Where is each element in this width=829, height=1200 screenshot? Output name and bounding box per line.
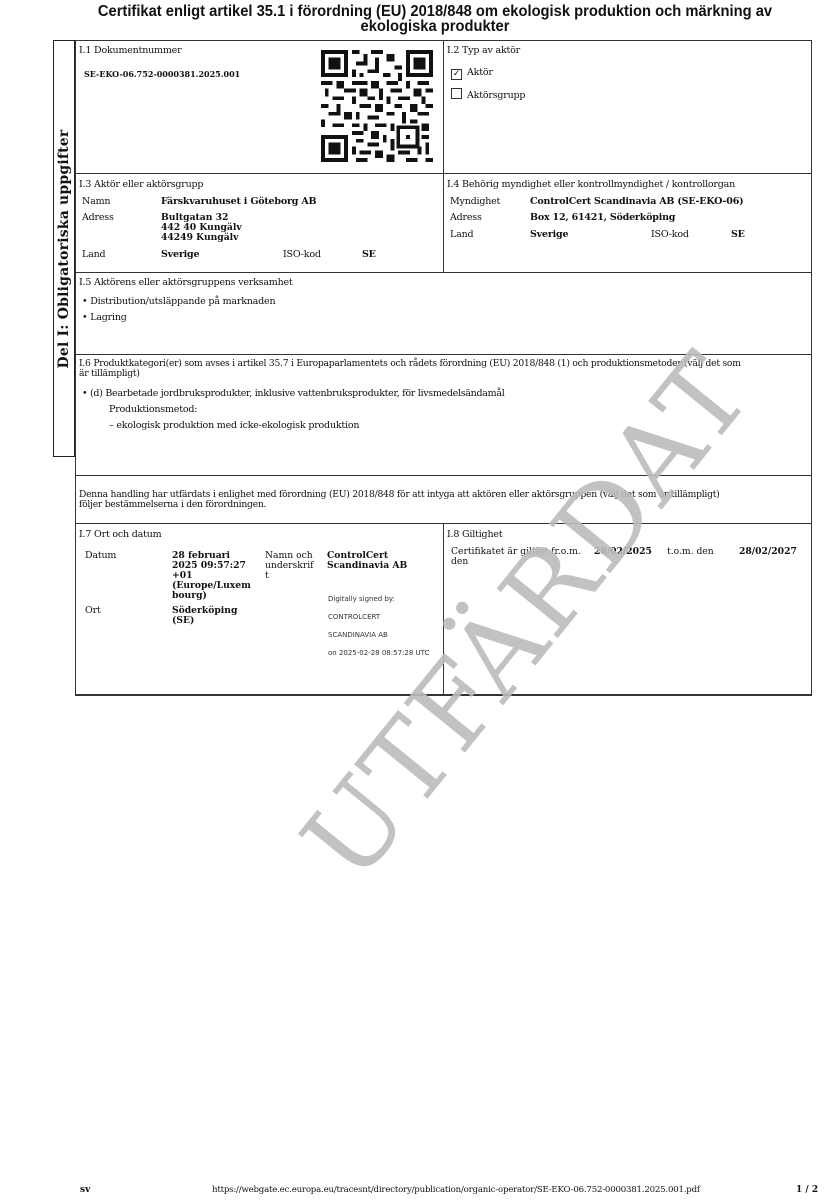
address-label: Adress — [82, 212, 114, 223]
authority-iso-label: ISO-kod — [651, 229, 689, 240]
authority-iso: SE — [731, 229, 745, 240]
product-category: • (d) Bearbetade jordbruksprodukter, ink… — [82, 388, 504, 399]
i3-label: I.3 Aktör eller aktörsgrupp — [79, 179, 203, 190]
place-line: (SE) — [172, 616, 237, 626]
authority-country-label: Land — [450, 229, 473, 240]
authority-address-label: Adress — [450, 212, 482, 223]
i5-label: I.5 Aktörens eller aktörsgruppens verksa… — [79, 277, 293, 288]
signer-label-line: underskrif — [265, 561, 314, 571]
valid-to-label: t.o.m. den — [667, 547, 714, 557]
signer-label: Namn och underskrif t — [265, 551, 314, 581]
date-line: bourg) — [172, 591, 251, 601]
authority-country: Sverige — [530, 229, 568, 240]
divider — [75, 272, 812, 273]
side-label-text: Del I: Obligatoriska uppgifter — [56, 129, 72, 368]
footer-language: sv — [80, 1185, 90, 1195]
operator-name: Färskvaruhuset i Göteborg AB — [161, 196, 316, 207]
authority-address: Box 12, 61421, Söderköping — [530, 212, 675, 223]
activity-item: • Distribution/utsläppande på marknaden — [82, 296, 275, 307]
place-label: Ort — [85, 605, 101, 616]
signature-line: CONTROLCERT — [328, 608, 429, 626]
i4-label: I.4 Behörig myndighet eller kontrollmynd… — [447, 179, 735, 190]
valid-to: 28/02/2027 — [739, 547, 797, 557]
issue-date: 28 februari 2025 09:57:27 +01 (Europe/Lu… — [172, 551, 251, 601]
production-method: – ekologisk produktion med icke-ekologis… — [109, 420, 359, 431]
section-side-label: Del I: Obligatoriska uppgifter — [53, 40, 75, 457]
page-number: 1 / 2 — [796, 1185, 818, 1195]
checkbox-checked-icon: ✓ — [451, 69, 462, 80]
i1-label: I.1 Dokumentnummer — [79, 45, 181, 56]
name-label: Namn — [82, 196, 110, 207]
checkbox-unchecked-icon — [451, 88, 462, 99]
footer-url[interactable]: https://webgate.ec.europa.eu/tracesnt/di… — [212, 1185, 700, 1195]
iso-label: ISO-kod — [283, 249, 321, 260]
signature-line: SCANDINAVIA AB — [328, 626, 429, 644]
frame-left-border — [75, 40, 76, 696]
i7-label: I.7 Ort och datum — [79, 529, 161, 540]
i8-label: I.8 Giltighet — [447, 529, 502, 540]
operator-address: Bultgatan 32 442 40 Kungälv 44249 Kungäl… — [161, 213, 242, 243]
signer-line: Scandinavia AB — [327, 561, 407, 571]
activity-item: • Lagring — [82, 312, 127, 323]
signature-line: Digitally signed by: — [328, 590, 429, 608]
production-method-label: Produktionsmetod: — [109, 404, 197, 415]
date-label: Datum — [85, 550, 116, 561]
operator-iso: SE — [362, 249, 376, 260]
document-title: Certifikat enligt artikel 35.1 i förordn… — [60, 4, 811, 34]
country-label: Land — [82, 249, 105, 260]
issue-place: Söderköping (SE) — [172, 606, 237, 626]
document-number: SE-EKO-06.752-0000381.2025.001 — [84, 69, 240, 79]
authority-name: ControlCert Scandinavia AB (SE-EKO-06) — [530, 196, 743, 207]
checkbox-label: Aktör — [467, 67, 493, 78]
operator-country: Sverige — [161, 249, 199, 260]
authority-label: Myndighet — [450, 196, 500, 207]
frame-right-border — [811, 40, 812, 696]
address-line: 44249 Kungälv — [161, 233, 242, 243]
qr-code-icon — [321, 50, 433, 162]
signer-label-line: t — [265, 571, 314, 581]
column-divider — [443, 40, 444, 272]
checkbox-aktor[interactable]: ✓Aktör — [451, 67, 493, 80]
signer-name: ControlCert Scandinavia AB — [327, 551, 407, 571]
i2-label: I.2 Typ av aktör — [447, 45, 520, 56]
checkbox-aktorsgrupp[interactable]: Aktörsgrupp — [451, 88, 525, 101]
digital-signature[interactable]: Digitally signed by: CONTROLCERT SCANDIN… — [328, 590, 429, 662]
checkbox-label: Aktörsgrupp — [467, 90, 525, 101]
